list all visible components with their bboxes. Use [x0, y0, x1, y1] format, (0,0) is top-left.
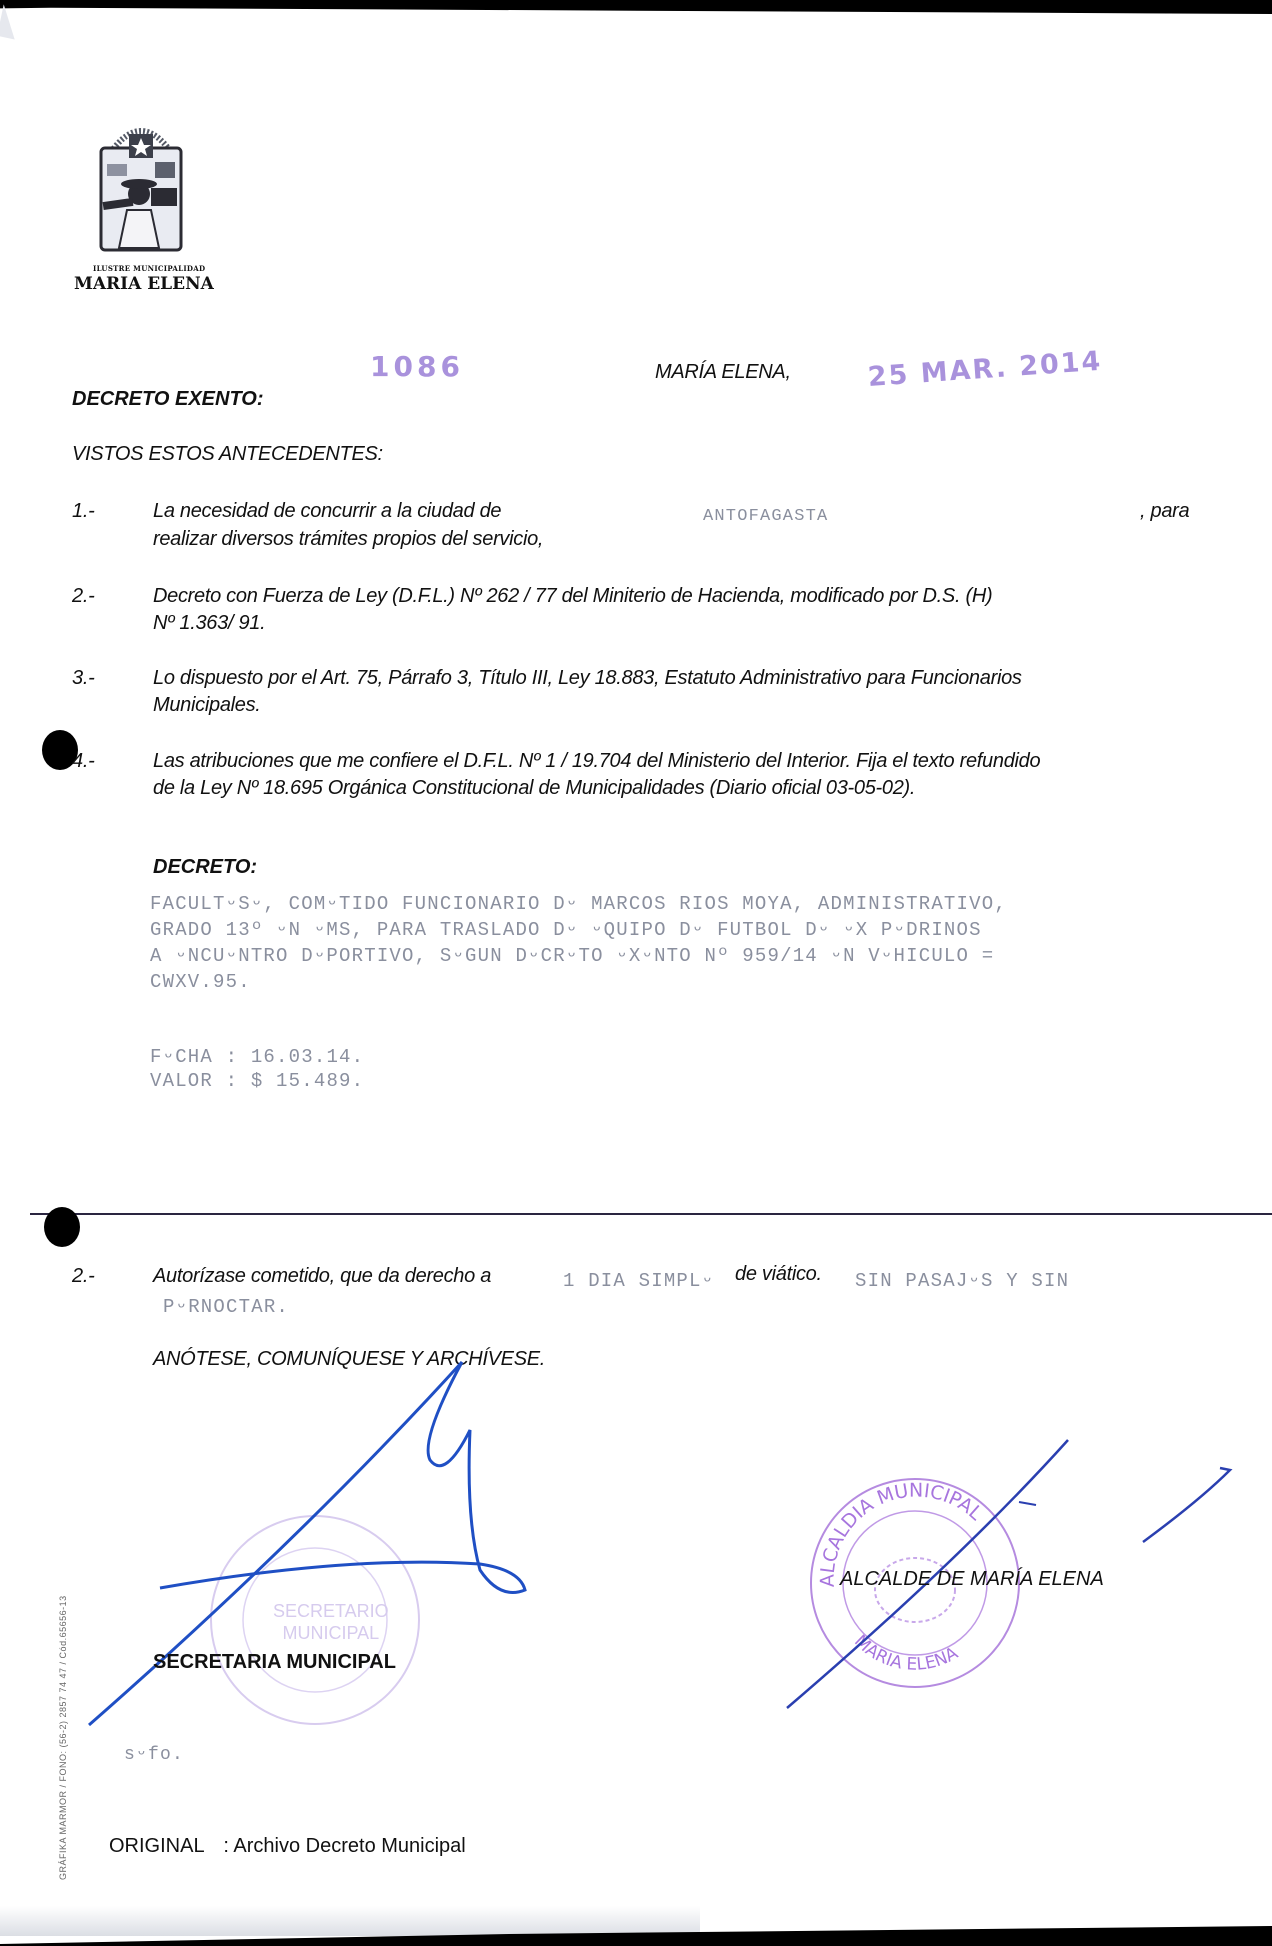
distribution-line: ORIGINAL : Archivo Decreto Municipal	[109, 1835, 466, 1858]
scan-shadow	[0, 1906, 700, 1936]
decree-page: ILUSTRE MUNICIPALIDAD MARIA ELENA 1086 M…	[0, 0, 1272, 1946]
secretary-title: SECRETARIA MUNICIPAL	[153, 1651, 396, 1674]
distribution-value: : Archivo Decreto Municipal	[223, 1835, 465, 1857]
mayor-title: ALCALDE DE MARÍA ELENA	[840, 1568, 1104, 1591]
typist-initials: sᵕfo.	[124, 1742, 184, 1768]
printer-credit: GRÁFIKA MARMOR / FONO: (56-2) 2857 74 47…	[58, 1595, 68, 1880]
distribution-label: ORIGINAL	[109, 1835, 204, 1857]
